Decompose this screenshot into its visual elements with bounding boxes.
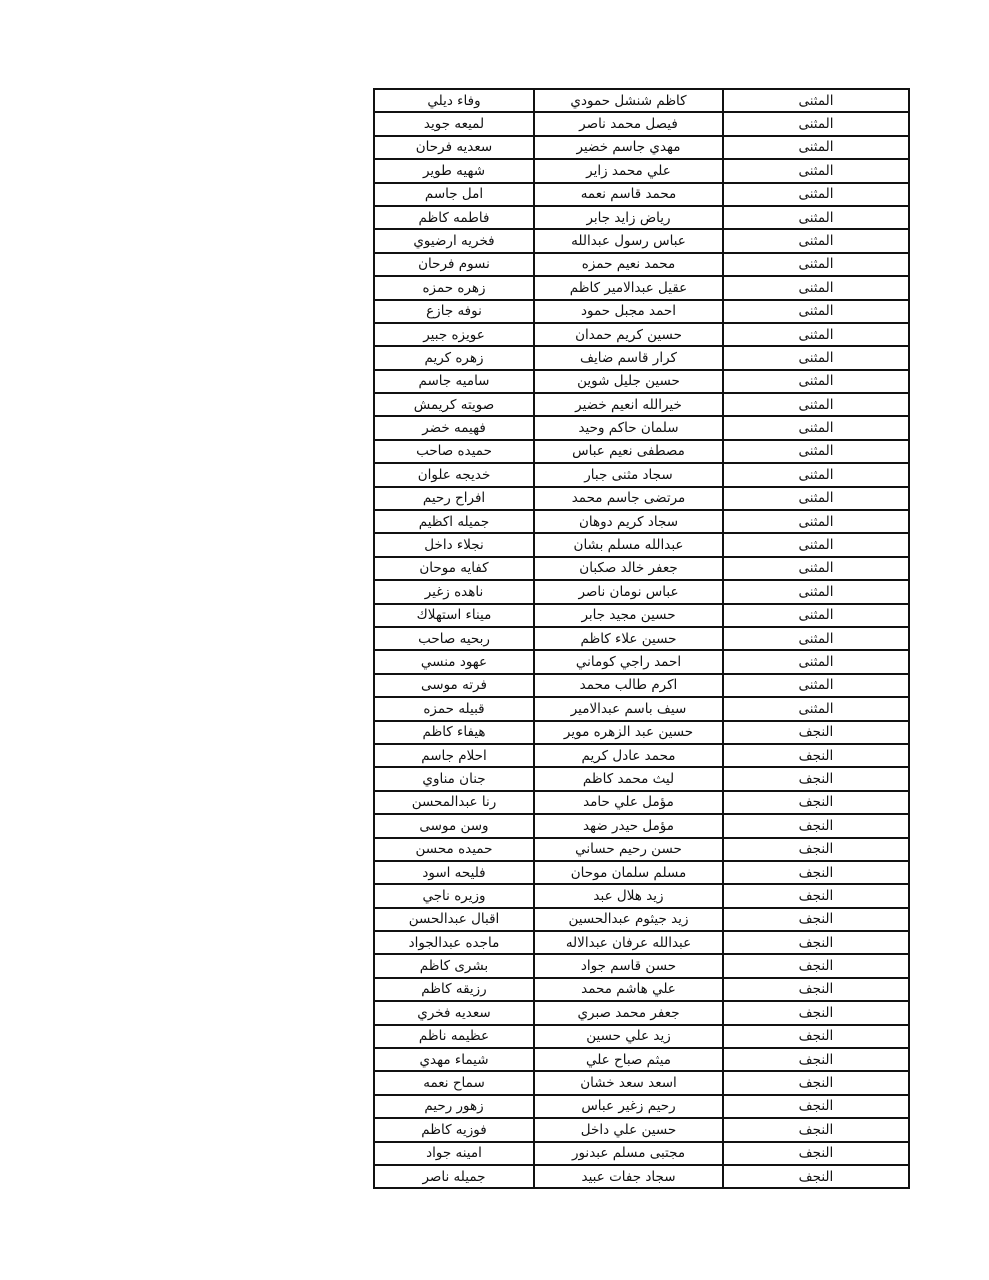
table-row: النجفليث محمد كاظمجنان مناوي xyxy=(374,767,909,790)
cell-gov: النجف xyxy=(723,1118,909,1141)
cell-mother: حميده صاحب xyxy=(374,440,534,463)
cell-gov: النجف xyxy=(723,884,909,907)
cell-gov: المثنى xyxy=(723,416,909,439)
cell-mother: لميعه جويد xyxy=(374,112,534,135)
cell-mother: رزيقه كاظم xyxy=(374,978,534,1001)
cell-name: حسن رحيم حساني xyxy=(534,838,723,861)
cell-mother: سماح نعمه xyxy=(374,1071,534,1094)
cell-mother: فهيمه خضر xyxy=(374,416,534,439)
table-row: المثنىمصطفى نعيم عباسحميده صاحب xyxy=(374,440,909,463)
cell-gov: المثنى xyxy=(723,510,909,533)
table-row: النجفسجاد جفات عبيدجميله ناصر xyxy=(374,1165,909,1188)
table-row: المثنىكاظم شنشل حموديوفاء ديلي xyxy=(374,89,909,112)
table-row: المثنىاحمد راجي كومانيعهود منسي xyxy=(374,650,909,673)
table-row: النجفعلي هاشم محمدرزيقه كاظم xyxy=(374,978,909,1001)
table-row: النجفزيد علي حسينعظيمه ناظم xyxy=(374,1025,909,1048)
cell-name: حسين مجيد جابر xyxy=(534,604,723,627)
cell-gov: المثنى xyxy=(723,604,909,627)
table-row: النجفرحيم زغير عباسزهور رحيم xyxy=(374,1095,909,1118)
table-row: المثنىسجاد مثنى جبارخديجه علوان xyxy=(374,463,909,486)
table-row: المثنىاحمد مجبل حمودنوفه جازع xyxy=(374,300,909,323)
table-row: المثنىحسين مجيد جابرميناء استهلاك xyxy=(374,604,909,627)
table-row: المثنىرياض زايد جابرفاطمه كاظم xyxy=(374,206,909,229)
table-row: المثنىعبدالله مسلم بشاننجلاء داخل xyxy=(374,533,909,556)
roster-table-container: المثنىكاظم شنشل حموديوفاء ديليالمثنىفيصل… xyxy=(373,88,908,1189)
cell-gov: المثنى xyxy=(723,674,909,697)
cell-gov: المثنى xyxy=(723,112,909,135)
cell-mother: نسوم فرحان xyxy=(374,253,534,276)
cell-name: مؤمل علي حامد xyxy=(534,791,723,814)
table-row: النجفمؤمل علي حامدرنا عبدالمحسن xyxy=(374,791,909,814)
cell-mother: وزيره ناجي xyxy=(374,884,534,907)
cell-gov: النجف xyxy=(723,1001,909,1024)
cell-mother: سعديه فخري xyxy=(374,1001,534,1024)
cell-mother: جنان مناوي xyxy=(374,767,534,790)
cell-name: جعفر خالد صكبان xyxy=(534,557,723,580)
cell-mother: احلام جاسم xyxy=(374,744,534,767)
table-row: المثنىسجاد كريم دوهانجميله اكظيم xyxy=(374,510,909,533)
cell-mother: اقبال عبدالحسن xyxy=(374,908,534,931)
cell-mother: كفايه موحان xyxy=(374,557,534,580)
cell-gov: المثنى xyxy=(723,253,909,276)
cell-gov: النجف xyxy=(723,767,909,790)
cell-gov: المثنى xyxy=(723,300,909,323)
cell-name: خيرالله انعيم خضير xyxy=(534,393,723,416)
cell-mother: ميناء استهلاك xyxy=(374,604,534,627)
cell-mother: عهود منسي xyxy=(374,650,534,673)
cell-name: عبدالله مسلم بشان xyxy=(534,533,723,556)
table-row: المثنىخيرالله انعيم خضيرصويته كريمش xyxy=(374,393,909,416)
cell-gov: النجف xyxy=(723,721,909,744)
table-row: المثنىمحمد قاسم نعمهامل جاسم xyxy=(374,183,909,206)
cell-mother: بشرى كاظم xyxy=(374,954,534,977)
cell-name: محمد قاسم نعمه xyxy=(534,183,723,206)
cell-name: سيف باسم عبدالامير xyxy=(534,697,723,720)
cell-mother: زهره حمزه xyxy=(374,276,534,299)
cell-mother: ساميه جاسم xyxy=(374,370,534,393)
cell-mother: خديجه علوان xyxy=(374,463,534,486)
table-row: النجفزيد جيثوم عبدالحسيناقبال عبدالحسن xyxy=(374,908,909,931)
cell-gov: النجف xyxy=(723,1048,909,1071)
cell-name: زيد جيثوم عبدالحسين xyxy=(534,908,723,931)
cell-gov: النجف xyxy=(723,1142,909,1165)
cell-gov: المثنى xyxy=(723,89,909,112)
cell-name: عقيل عبدالامير كاظم xyxy=(534,276,723,299)
cell-mother: افراح رحيم xyxy=(374,487,534,510)
table-row: المثنىعقيل عبدالامير كاظمزهره حمزه xyxy=(374,276,909,299)
cell-name: مؤمل حيدر ضهد xyxy=(534,814,723,837)
cell-mother: جميله اكظيم xyxy=(374,510,534,533)
cell-gov: النجف xyxy=(723,861,909,884)
table-row: النجفاسعد سعد خشانسماح نعمه xyxy=(374,1071,909,1094)
cell-mother: عظيمه ناظم xyxy=(374,1025,534,1048)
cell-gov: النجف xyxy=(723,1071,909,1094)
table-row: المثنىمهدي جاسم خضيرسعديه فرحان xyxy=(374,136,909,159)
cell-name: رحيم زغير عباس xyxy=(534,1095,723,1118)
cell-name: اكرم طالب محمد xyxy=(534,674,723,697)
cell-name: حسين عبد الزهره موير xyxy=(534,721,723,744)
cell-name: حسين كريم حمدان xyxy=(534,323,723,346)
table-row: النجفزيد هلال عبدوزيره ناجي xyxy=(374,884,909,907)
cell-gov: النجف xyxy=(723,791,909,814)
cell-name: مجتبى مسلم عبدنور xyxy=(534,1142,723,1165)
table-row: النجفمسلم سلمان موحانفليحه اسود xyxy=(374,861,909,884)
cell-name: زيد علي حسين xyxy=(534,1025,723,1048)
cell-gov: النجف xyxy=(723,1165,909,1188)
cell-mother: عويزه جبير xyxy=(374,323,534,346)
cell-name: احمد راجي كوماني xyxy=(534,650,723,673)
cell-gov: المثنى xyxy=(723,136,909,159)
cell-mother: زهور رحيم xyxy=(374,1095,534,1118)
cell-name: حسين علاء كاظم xyxy=(534,627,723,650)
table-row: المثنىمرتضى جاسم محمدافراح رحيم xyxy=(374,487,909,510)
cell-gov: المثنى xyxy=(723,697,909,720)
cell-gov: النجف xyxy=(723,954,909,977)
cell-name: احمد مجبل حمود xyxy=(534,300,723,323)
cell-mother: رنا عبدالمحسن xyxy=(374,791,534,814)
table-row: المثنىحسين علاء كاظمربحيه صاحب xyxy=(374,627,909,650)
cell-mother: جميله ناصر xyxy=(374,1165,534,1188)
cell-mother: نوفه جازع xyxy=(374,300,534,323)
table-row: المثنىعلي محمد زايرشهيه طوير xyxy=(374,159,909,182)
cell-name: مهدي جاسم خضير xyxy=(534,136,723,159)
table-row: المثنىمحمد نعيم حمزهنسوم فرحان xyxy=(374,253,909,276)
cell-gov: المثنى xyxy=(723,627,909,650)
cell-gov: المثنى xyxy=(723,393,909,416)
cell-mother: فوزيه كاظم xyxy=(374,1118,534,1141)
cell-mother: ربحيه صاحب xyxy=(374,627,534,650)
cell-name: علي هاشم محمد xyxy=(534,978,723,1001)
cell-name: ليث محمد كاظم xyxy=(534,767,723,790)
cell-name: حسن قاسم جواد xyxy=(534,954,723,977)
cell-name: كاظم شنشل حمودي xyxy=(534,89,723,112)
cell-name: عباس نومان ناصر xyxy=(534,580,723,603)
cell-name: سلمان حاكم وحيد xyxy=(534,416,723,439)
cell-name: كرار قاسم ضايف xyxy=(534,346,723,369)
cell-mother: حميده محسن xyxy=(374,838,534,861)
cell-gov: المثنى xyxy=(723,650,909,673)
cell-mother: وسن موسى xyxy=(374,814,534,837)
cell-mother: امينه جواد xyxy=(374,1142,534,1165)
cell-name: ميثم صباح علي xyxy=(534,1048,723,1071)
table-row: النجفمحمد عادل كريماحلام جاسم xyxy=(374,744,909,767)
cell-gov: النجف xyxy=(723,1095,909,1118)
cell-gov: المثنى xyxy=(723,346,909,369)
cell-name: فيصل محمد ناصر xyxy=(534,112,723,135)
table-row: المثنىعباس نومان ناصرناهده زغير xyxy=(374,580,909,603)
cell-mother: فليحه اسود xyxy=(374,861,534,884)
table-row: المثنىسيف باسم عبدالاميرقبيله حمزه xyxy=(374,697,909,720)
cell-gov: المثنى xyxy=(723,159,909,182)
cell-name: عباس رسول عبدالله xyxy=(534,229,723,252)
cell-gov: النجف xyxy=(723,978,909,1001)
table-row: المثنىحسين كريم حمدانعويزه جبير xyxy=(374,323,909,346)
cell-gov: النجف xyxy=(723,838,909,861)
cell-gov: المثنى xyxy=(723,440,909,463)
cell-gov: المثنى xyxy=(723,370,909,393)
cell-mother: امل جاسم xyxy=(374,183,534,206)
cell-mother: ناهده زغير xyxy=(374,580,534,603)
cell-name: سجاد جفات عبيد xyxy=(534,1165,723,1188)
cell-mother: وفاء ديلي xyxy=(374,89,534,112)
cell-mother: صويته كريمش xyxy=(374,393,534,416)
cell-mother: قبيله حمزه xyxy=(374,697,534,720)
cell-gov: المثنى xyxy=(723,533,909,556)
cell-name: مرتضى جاسم محمد xyxy=(534,487,723,510)
cell-gov: المثنى xyxy=(723,276,909,299)
table-row: المثنىفيصل محمد ناصرلميعه جويد xyxy=(374,112,909,135)
cell-gov: المثنى xyxy=(723,183,909,206)
cell-name: علي محمد زاير xyxy=(534,159,723,182)
table-row: النجفعبدالله عرفان عبدالالهماجده عبدالجو… xyxy=(374,931,909,954)
cell-mother: فرته موسى xyxy=(374,674,534,697)
cell-mother: شيماء مهدي xyxy=(374,1048,534,1071)
cell-mother: شهيه طوير xyxy=(374,159,534,182)
table-row: المثنىعباس رسول عبداللهفخريه ارضيوي xyxy=(374,229,909,252)
roster-table: المثنىكاظم شنشل حموديوفاء ديليالمثنىفيصل… xyxy=(373,88,910,1189)
table-row: النجفمؤمل حيدر ضهدوسن موسى xyxy=(374,814,909,837)
cell-mother: سعديه فرحان xyxy=(374,136,534,159)
cell-gov: المثنى xyxy=(723,557,909,580)
cell-name: مصطفى نعيم عباس xyxy=(534,440,723,463)
table-row: النجفميثم صباح عليشيماء مهدي xyxy=(374,1048,909,1071)
roster-table-body: المثنىكاظم شنشل حموديوفاء ديليالمثنىفيصل… xyxy=(374,89,909,1188)
cell-name: حسين جليل شوين xyxy=(534,370,723,393)
cell-gov: النجف xyxy=(723,814,909,837)
cell-gov: النجف xyxy=(723,931,909,954)
table-row: المثنىحسين جليل شوينساميه جاسم xyxy=(374,370,909,393)
cell-gov: المثنى xyxy=(723,580,909,603)
cell-gov: النجف xyxy=(723,908,909,931)
document-page: المثنىكاظم شنشل حموديوفاء ديليالمثنىفيصل… xyxy=(0,0,989,1280)
cell-gov: المثنى xyxy=(723,206,909,229)
cell-gov: النجف xyxy=(723,744,909,767)
cell-mother: فاطمه كاظم xyxy=(374,206,534,229)
cell-name: زيد هلال عبد xyxy=(534,884,723,907)
table-row: النجفحسن رحيم حسانيحميده محسن xyxy=(374,838,909,861)
table-row: المثنىاكرم طالب محمدفرته موسى xyxy=(374,674,909,697)
cell-mother: ماجده عبدالجواد xyxy=(374,931,534,954)
cell-mother: فخريه ارضيوي xyxy=(374,229,534,252)
table-row: النجفمجتبى مسلم عبدنورامينه جواد xyxy=(374,1142,909,1165)
cell-name: سجاد مثنى جبار xyxy=(534,463,723,486)
table-row: النجفحسين علي داخلفوزيه كاظم xyxy=(374,1118,909,1141)
cell-gov: المثنى xyxy=(723,463,909,486)
cell-mother: زهره كريم xyxy=(374,346,534,369)
table-row: المثنىكرار قاسم ضايفزهره كريم xyxy=(374,346,909,369)
table-row: المثنىجعفر خالد صكبانكفايه موحان xyxy=(374,557,909,580)
table-row: النجفجعفر محمد صبريسعديه فخري xyxy=(374,1001,909,1024)
cell-name: رياض زايد جابر xyxy=(534,206,723,229)
table-row: المثنىسلمان حاكم وحيدفهيمه خضر xyxy=(374,416,909,439)
cell-gov: المثنى xyxy=(723,487,909,510)
table-row: النجفحسين عبد الزهره مويرهيفاء كاظم xyxy=(374,721,909,744)
cell-name: سجاد كريم دوهان xyxy=(534,510,723,533)
cell-gov: النجف xyxy=(723,1025,909,1048)
cell-name: مسلم سلمان موحان xyxy=(534,861,723,884)
table-row: النجفحسن قاسم جوادبشرى كاظم xyxy=(374,954,909,977)
cell-name: جعفر محمد صبري xyxy=(534,1001,723,1024)
cell-gov: المثنى xyxy=(723,323,909,346)
cell-name: محمد عادل كريم xyxy=(534,744,723,767)
cell-name: حسين علي داخل xyxy=(534,1118,723,1141)
cell-mother: نجلاء داخل xyxy=(374,533,534,556)
cell-gov: المثنى xyxy=(723,229,909,252)
cell-name: عبدالله عرفان عبدالاله xyxy=(534,931,723,954)
cell-name: اسعد سعد خشان xyxy=(534,1071,723,1094)
cell-name: محمد نعيم حمزه xyxy=(534,253,723,276)
cell-mother: هيفاء كاظم xyxy=(374,721,534,744)
